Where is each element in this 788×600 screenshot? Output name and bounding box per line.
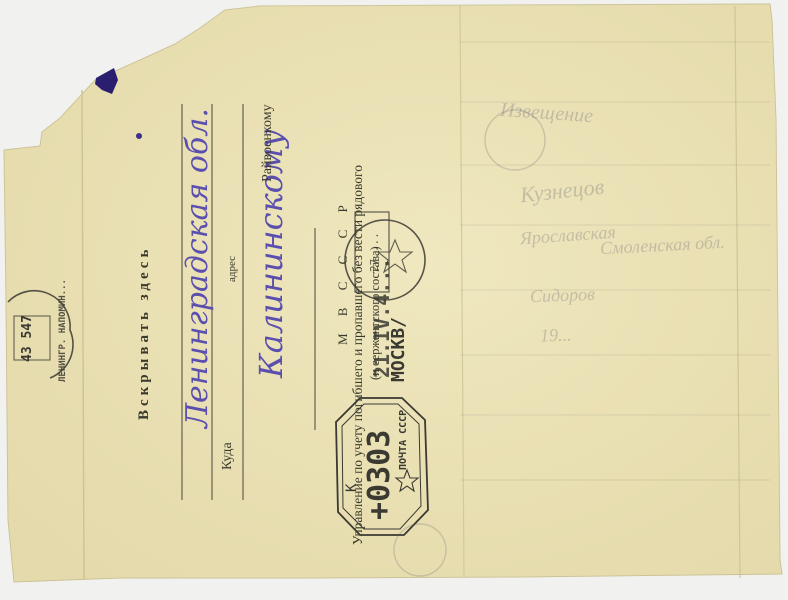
left-stamp-ring-text: ЛЕНИНГР. НАПОМИН... [58,279,68,382]
octagon-stamp-letter: К [344,484,360,492]
open-here-label: Вскрывать здесь [136,246,153,420]
document-scan: Извещение Кузнецов Ярославская Смоленска… [0,0,788,600]
sender-org-short: М В С С С Р [335,198,351,345]
reverse-text: 19... [540,324,572,346]
stamp-date-box: 27 ... [368,232,381,272]
left-stamp-number: 43 547 [20,315,35,362]
octagon-stamp-number: +0303 [362,430,397,520]
where-label: Куда [220,442,236,470]
stamp-date: 21.IV.4... [370,258,394,378]
octagon-stamp-top: ПОЧТА СССР [398,410,409,470]
where-handwritten: Ленинградская обл. [180,108,215,428]
reverse-text: Сидоров [530,284,596,307]
address-label: адрес [226,256,238,282]
to-suffix-label: Райвоенкому [260,104,276,182]
